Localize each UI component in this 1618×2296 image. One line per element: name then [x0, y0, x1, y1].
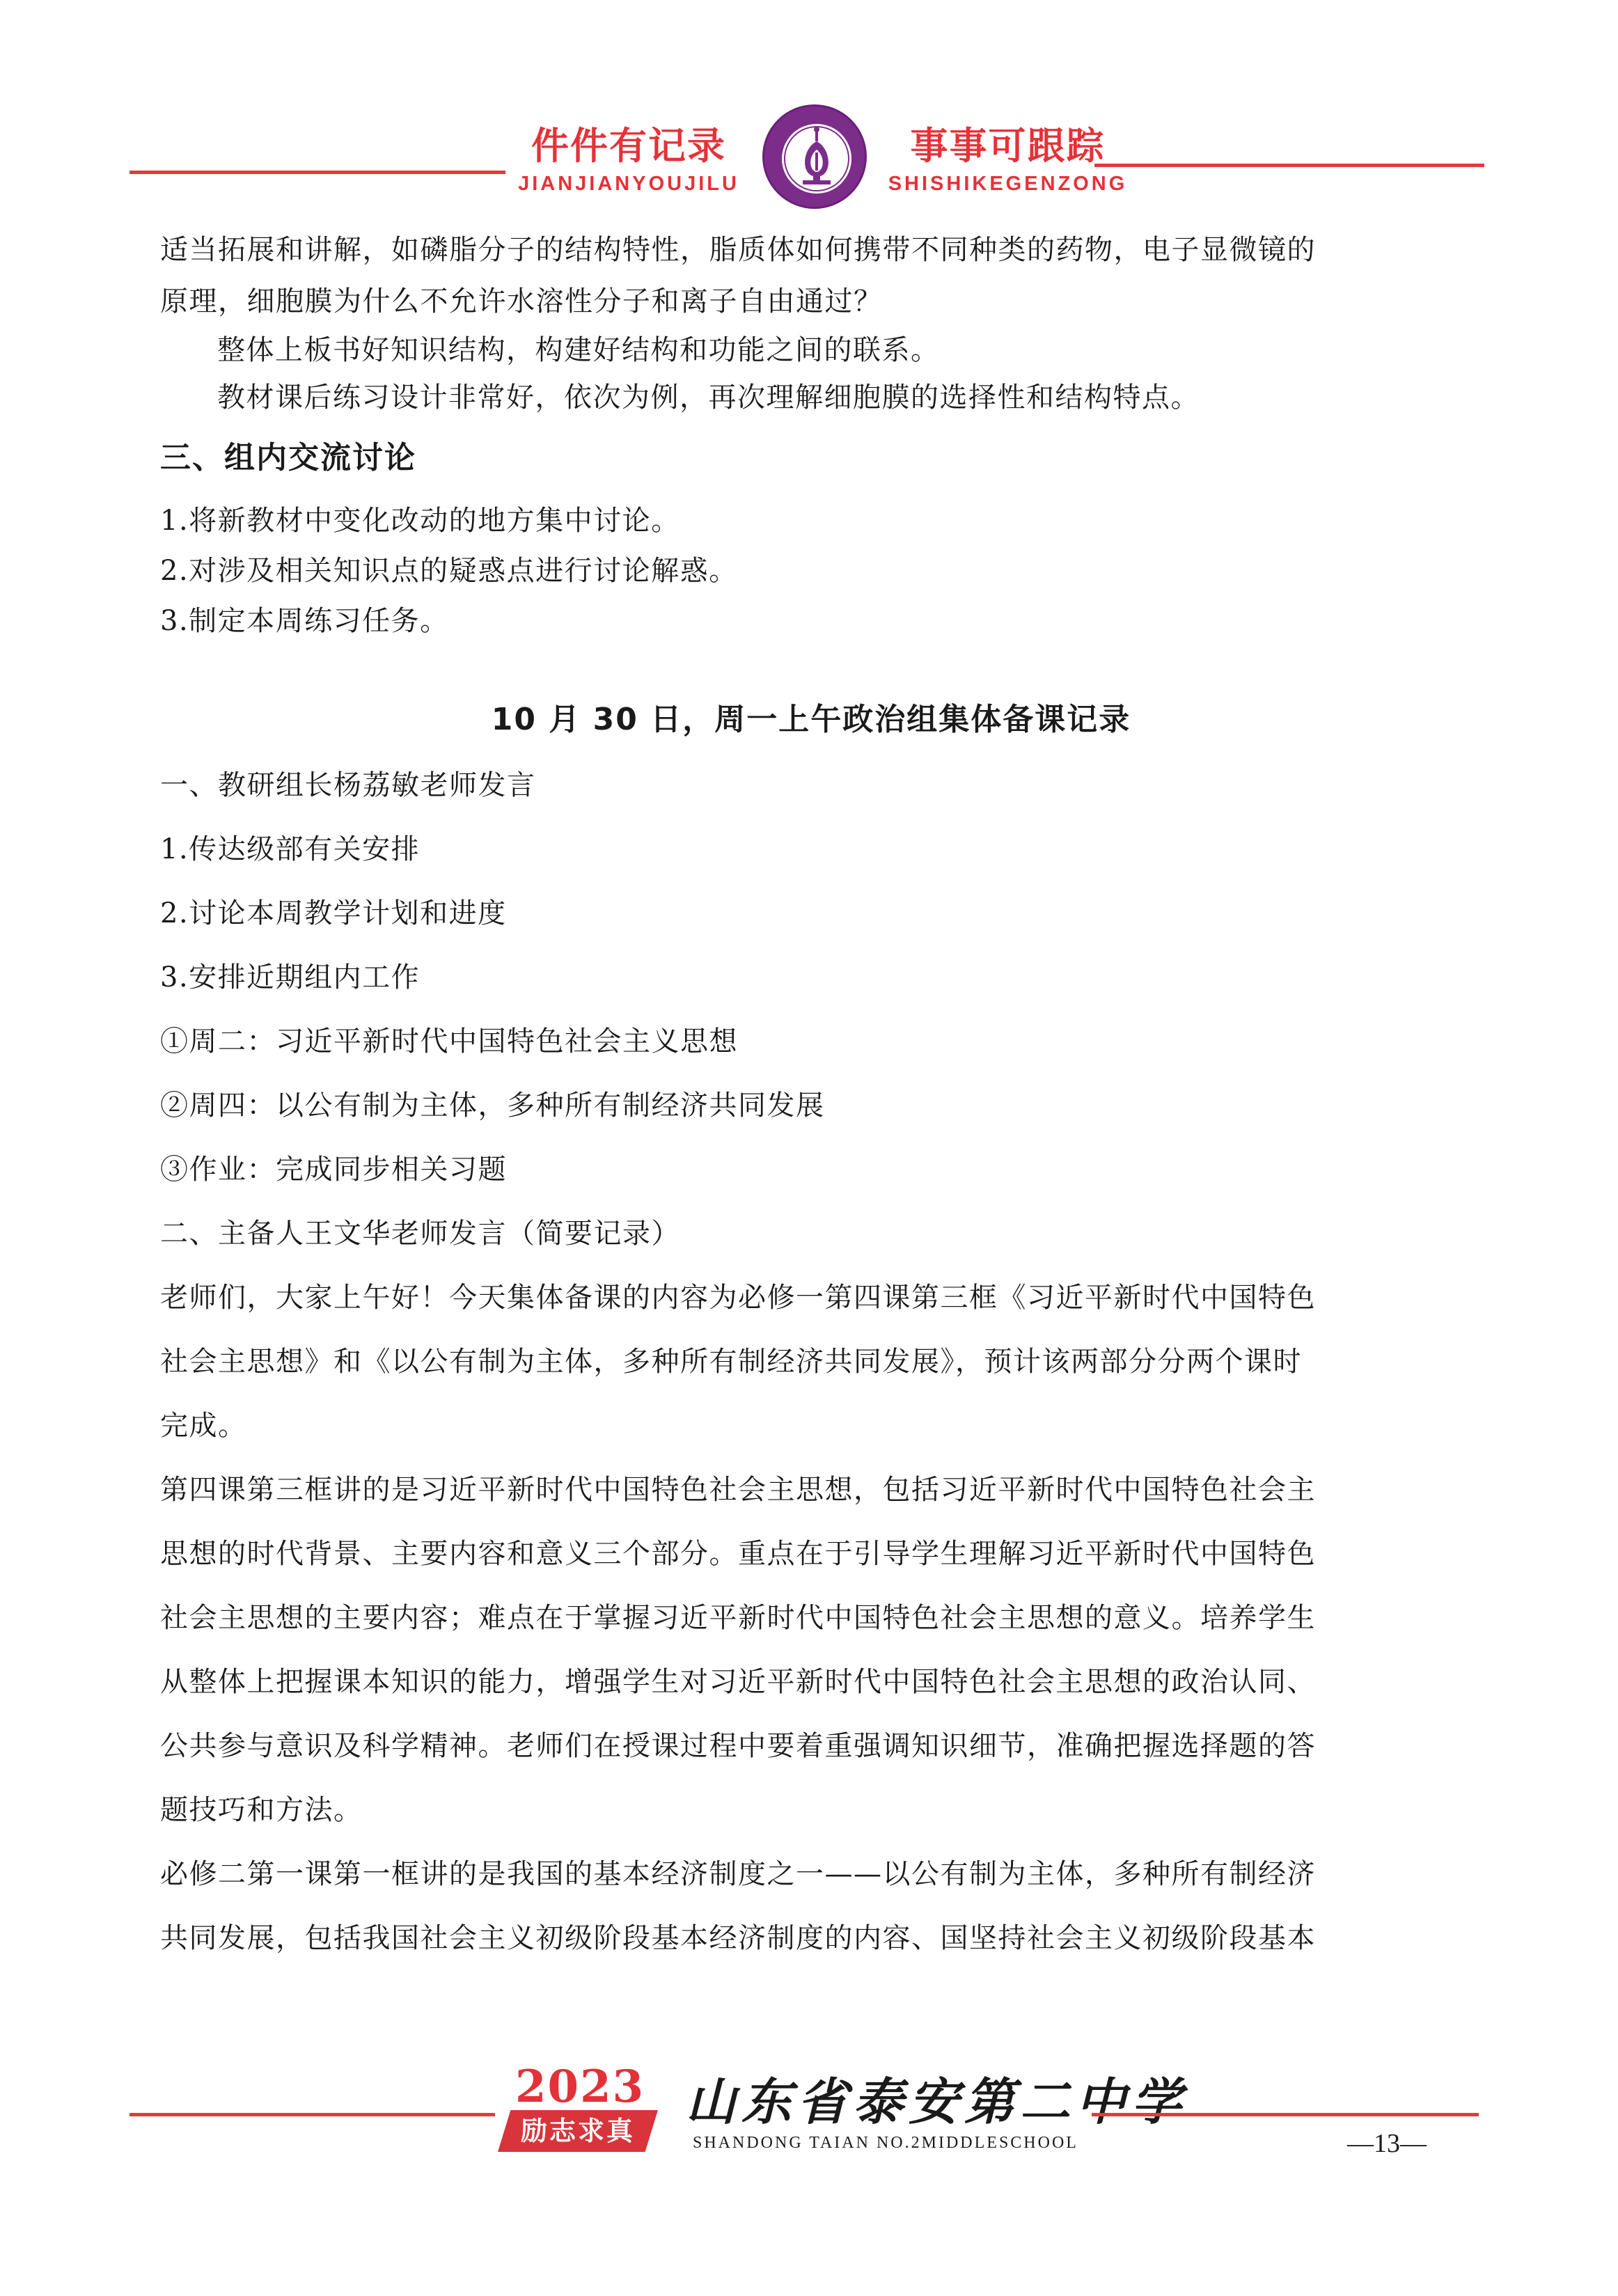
footer-school-name-cn: 山东省泰安第二中学	[686, 2071, 1187, 2132]
part2-paragraph3-line: 共同发展，包括我国社会主义初级阶段基本经济制度的内容、国坚持社会主义初级阶段基本	[160, 1906, 1462, 1970]
header-slogan-right: 事事可跟踪 SHISHIKEGENZONG	[888, 124, 1128, 196]
slogan-left-chinese: 件件有记录	[507, 124, 751, 168]
discussion-item: 2.对涉及相关知识点的疑惑点进行讨论解惑。	[160, 546, 1462, 596]
page-footer: 2023 励志求真 山东省泰安第二中学 SHANDONG TAIAN NO.2M…	[0, 2064, 1618, 2183]
part2-paragraph2-line: 题技巧和方法。	[160, 1778, 1462, 1842]
part1-item: 3.安排近期组内工作	[160, 945, 1462, 1009]
intro-paragraph-line: 原理，细胞膜为什么不允许水溶性分子和离子自由通过？	[160, 277, 1462, 326]
indented-line: 整体上板书好知识结构，构建好结构和功能之间的联系。	[160, 326, 1462, 375]
slogan-left-pinyin: JIANJIANYOUJILU	[507, 171, 751, 196]
footer-rule-right	[1092, 2113, 1479, 2116]
section-heading-discussion: 三、组内交流讨论	[160, 420, 1462, 496]
indented-line: 教材课后练习设计非常好，依次为例，再次理解细胞膜的选择性和结构特点。	[160, 375, 1462, 420]
part2-paragraph3-line: 必修二第一课第一框讲的是我国的基本经济制度之一——以公有制为主体，多种所有制经济	[160, 1842, 1462, 1906]
header-rule-right	[1094, 164, 1484, 167]
part2-paragraph2-line: 第四课第三框讲的是习近平新时代中国特色社会主思想，包括习近平新时代中国特色社会主	[160, 1458, 1462, 1522]
document-body: 适当拓展和讲解，如磷脂分子的结构特性，脂质体如何携带不同种类的药物，电子显微镜的…	[160, 223, 1462, 1970]
part2-paragraph1-line: 完成。	[160, 1394, 1462, 1458]
part1-item: 2.讨论本周教学计划和进度	[160, 881, 1462, 945]
footer-school-name-en: SHANDONG TAIAN NO.2MIDDLESCHOOL	[693, 2134, 1078, 2153]
slogan-right-pinyin: SHISHIKEGENZONG	[888, 171, 1128, 196]
footer-year: 2023	[515, 2063, 645, 2112]
part1-item: ③作业：完成同步相关习题	[160, 1138, 1462, 1202]
part2-paragraph1-line: 社会主思想》和《以公有制为主体，多种所有制经济共同发展》，预计该两部分分两个课时	[160, 1330, 1462, 1394]
part2-paragraph2-line: 思想的时代背景、主要内容和意义三个部分。重点在于引导学生理解习近平新时代中国特色	[160, 1522, 1462, 1586]
intro-paragraph-line: 适当拓展和讲解，如磷脂分子的结构特性，脂质体如何携带不同种类的药物，电子显微镜的	[160, 223, 1462, 277]
part2-paragraph2-line: 从整体上把握课本知识的能力，增强学生对习近平新时代中国特色社会主思想的政治认同、	[160, 1650, 1462, 1714]
footer-motto-badge: 励志求真	[498, 2110, 658, 2152]
part2-paragraph1-line: 老师们，大家上午好！今天集体备课的内容为必修一第四课第三框《习近平新时代中国特色	[160, 1266, 1462, 1330]
discussion-item: 1.将新教材中变化改动的地方集中讨论。	[160, 496, 1462, 546]
part1-heading: 一、教研组长杨荔敏老师发言	[160, 753, 1462, 817]
part1-item: ②周四：以公有制为主体，多种所有制经济共同发展	[160, 1074, 1462, 1138]
header-rule-left	[129, 171, 505, 174]
footer-rule-left	[129, 2113, 495, 2116]
slogan-right-chinese: 事事可跟踪	[888, 124, 1128, 168]
part2-paragraph2-line: 社会主思想的主要内容；难点在于掌握习近平新时代中国特色社会主思想的意义。培养学生	[160, 1586, 1462, 1650]
record-title: 10 月 30 日，周一上午政治组集体备课记录	[160, 692, 1462, 748]
part1-item: ①周二：习近平新时代中国特色社会主义思想	[160, 1009, 1462, 1074]
part2-heading: 二、主备人王文华老师发言（简要记录）	[160, 1202, 1462, 1266]
page-number: —13—	[1347, 2128, 1427, 2159]
header-slogan-left: 件件有记录 JIANJIANYOUJILU	[507, 124, 751, 196]
school-emblem-icon	[762, 104, 867, 209]
part2-paragraph2-line: 公共参与意识及科学精神。老师们在授课过程中要着重强调知识细节，准确把握选择题的答	[160, 1714, 1462, 1778]
discussion-item: 3.制定本周练习任务。	[160, 596, 1462, 646]
page-header: 件件有记录 JIANJIANYOUJILU 事事可跟踪 SHISHIKEGENZ…	[0, 104, 1618, 209]
part1-item: 1.传达级部有关安排	[160, 817, 1462, 881]
